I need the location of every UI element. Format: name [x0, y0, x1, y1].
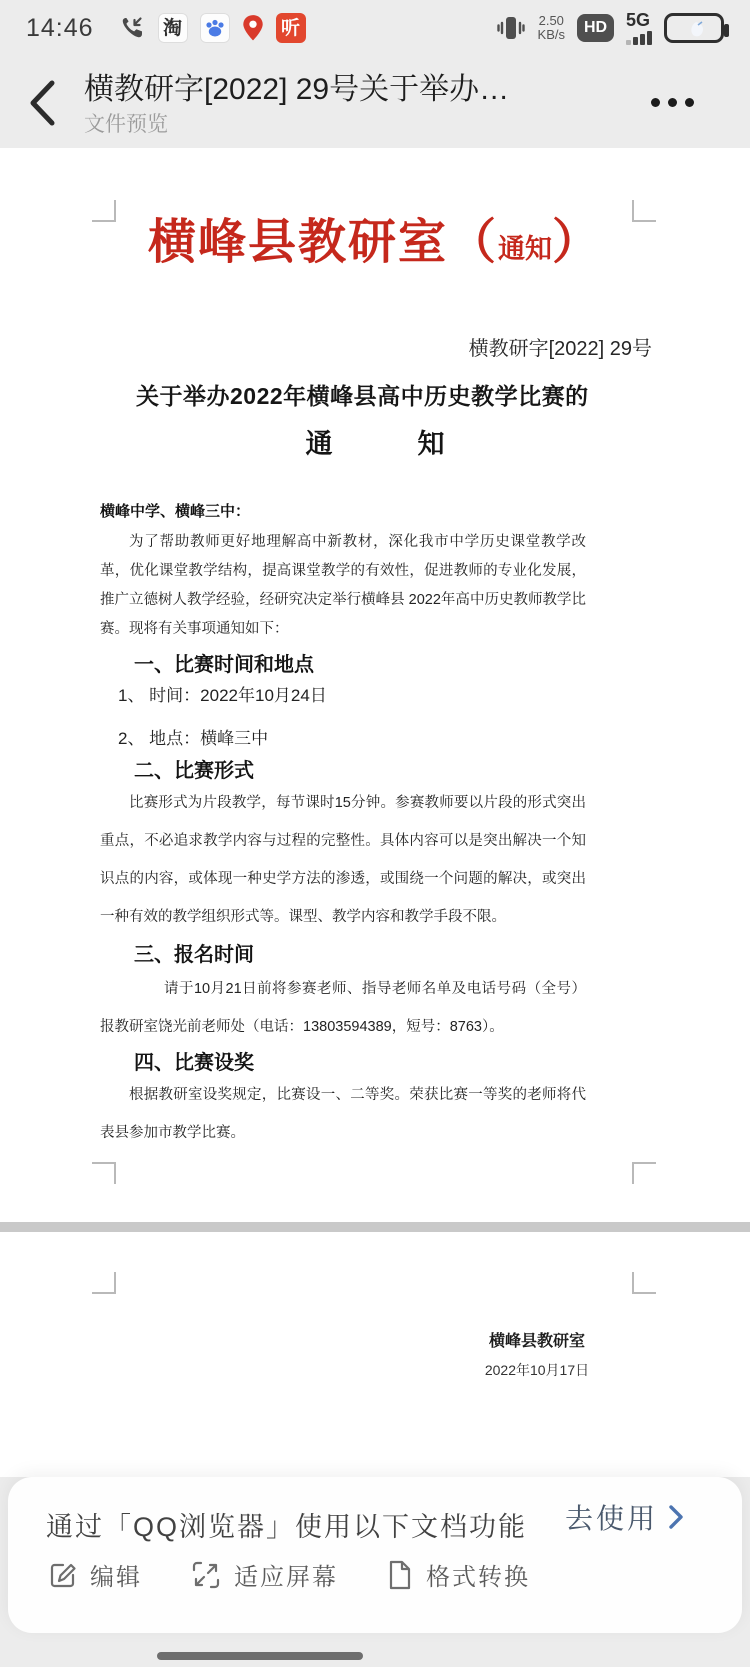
home-indicator[interactable]: [157, 1652, 363, 1660]
section-4-heading: 四、比赛设奖: [134, 1046, 254, 1075]
edit-icon: [46, 1559, 78, 1591]
ellipsis-icon: [651, 98, 660, 107]
hd-icon: HD: [577, 14, 614, 42]
document-icon: [386, 1559, 414, 1591]
chevron-right-icon: [668, 1504, 684, 1530]
go-use-button[interactable]: 去使用: [565, 1497, 684, 1537]
section-1-heading: 一、比赛时间和地点: [134, 648, 314, 677]
battery-icon: [664, 13, 724, 43]
document-page-2[interactable]: 横峰县教研室 2022年10月17日: [0, 1232, 750, 1477]
fit-screen-icon: [190, 1559, 222, 1591]
intro-paragraph: 为了帮助教师更好地理解高中新教材，深化我市中学历史课堂教学改革，优化课堂教学结构…: [100, 528, 586, 644]
more-options-button[interactable]: [643, 90, 702, 115]
status-bar: 14:46 淘 听: [0, 0, 750, 56]
page-separator: [0, 1222, 750, 1232]
taobao-icon: 淘: [158, 13, 188, 43]
notice-heading: 通知: [0, 422, 750, 461]
document-number: 横教研字[2022] 29号: [469, 332, 652, 361]
format-convert-button[interactable]: 格式转换: [386, 1557, 530, 1592]
section-3-heading: 三、报名时间: [134, 938, 254, 967]
notification-icons: 淘 听: [118, 13, 306, 43]
section-1-item-time: 1、 时间：2022年10月24日: [118, 681, 327, 706]
baidu-paw-icon: [200, 13, 230, 43]
section-4-body: 根据教研室设奖规定，比赛设一、二等奖。荣获比赛一等奖的老师将代表县参加市教学比赛…: [100, 1076, 586, 1152]
map-pin-icon: [242, 14, 264, 42]
issue-date: 2022年10月17日: [442, 1360, 632, 1380]
edit-button[interactable]: 编辑: [46, 1557, 142, 1592]
issuer-signature: 横峰县教研室: [452, 1328, 622, 1351]
section-3-body: 请于10月21日前将参赛老师、指导老师名单及电话号码（全号）报教研室饶光前老师处…: [100, 970, 586, 1046]
phone-call-icon: [118, 14, 146, 42]
letterhead-notice-word: 通知: [498, 234, 552, 264]
back-button[interactable]: [18, 74, 66, 132]
crop-mark-bottom-right: [632, 1162, 656, 1184]
chevron-left-icon: [26, 78, 58, 128]
network-speed: 2.50 KB/s: [538, 14, 565, 42]
crop-mark-bottom-left: [92, 1162, 116, 1184]
crop-mark-top-right: [632, 1272, 656, 1294]
subject-line: 关于举办2022年横峰县高中历史教学比赛的: [136, 378, 589, 411]
addressee-line: 横峰中学、横峰三中：: [100, 500, 250, 521]
letterhead-title: 横峰县教研室（通知）: [0, 210, 750, 282]
tools-card-title: 通过「QQ浏览器」使用以下文档功能: [46, 1505, 527, 1544]
feature-buttons: 编辑 适应屏幕 格式转换: [46, 1557, 530, 1592]
system-status-icons: 2.50 KB/s HD 5G: [496, 11, 724, 45]
listen-app-icon: 听: [276, 13, 306, 43]
file-title: 横教研字[2022] 29号关于举办…: [84, 64, 624, 108]
browser-tools-card: 通过「QQ浏览器」使用以下文档功能 去使用 编辑 适应屏幕 格: [8, 1477, 742, 1633]
preview-mode-label: 文件预览: [84, 108, 168, 138]
crop-mark-top-left: [92, 1272, 116, 1294]
vibrate-icon: [496, 15, 526, 41]
document-page-1[interactable]: 横峰县教研室（通知） 横教研字[2022] 29号 关于举办2022年横峰县高中…: [0, 148, 750, 1222]
section-2-body: 比赛形式为片段教学，每节课时15分钟。参赛教师要以片段的形式突出重点，不必追求教…: [100, 784, 586, 936]
signal-5g-icon: 5G: [626, 11, 652, 45]
clock-text: 14:46: [26, 14, 94, 43]
app-header: 横教研字[2022] 29号关于举办… 文件预览: [0, 56, 750, 148]
section-2-heading: 二、比赛形式: [134, 754, 254, 783]
section-1-item-place: 2、 地点：横峰三中: [118, 724, 268, 749]
fit-screen-button[interactable]: 适应屏幕: [190, 1557, 338, 1592]
